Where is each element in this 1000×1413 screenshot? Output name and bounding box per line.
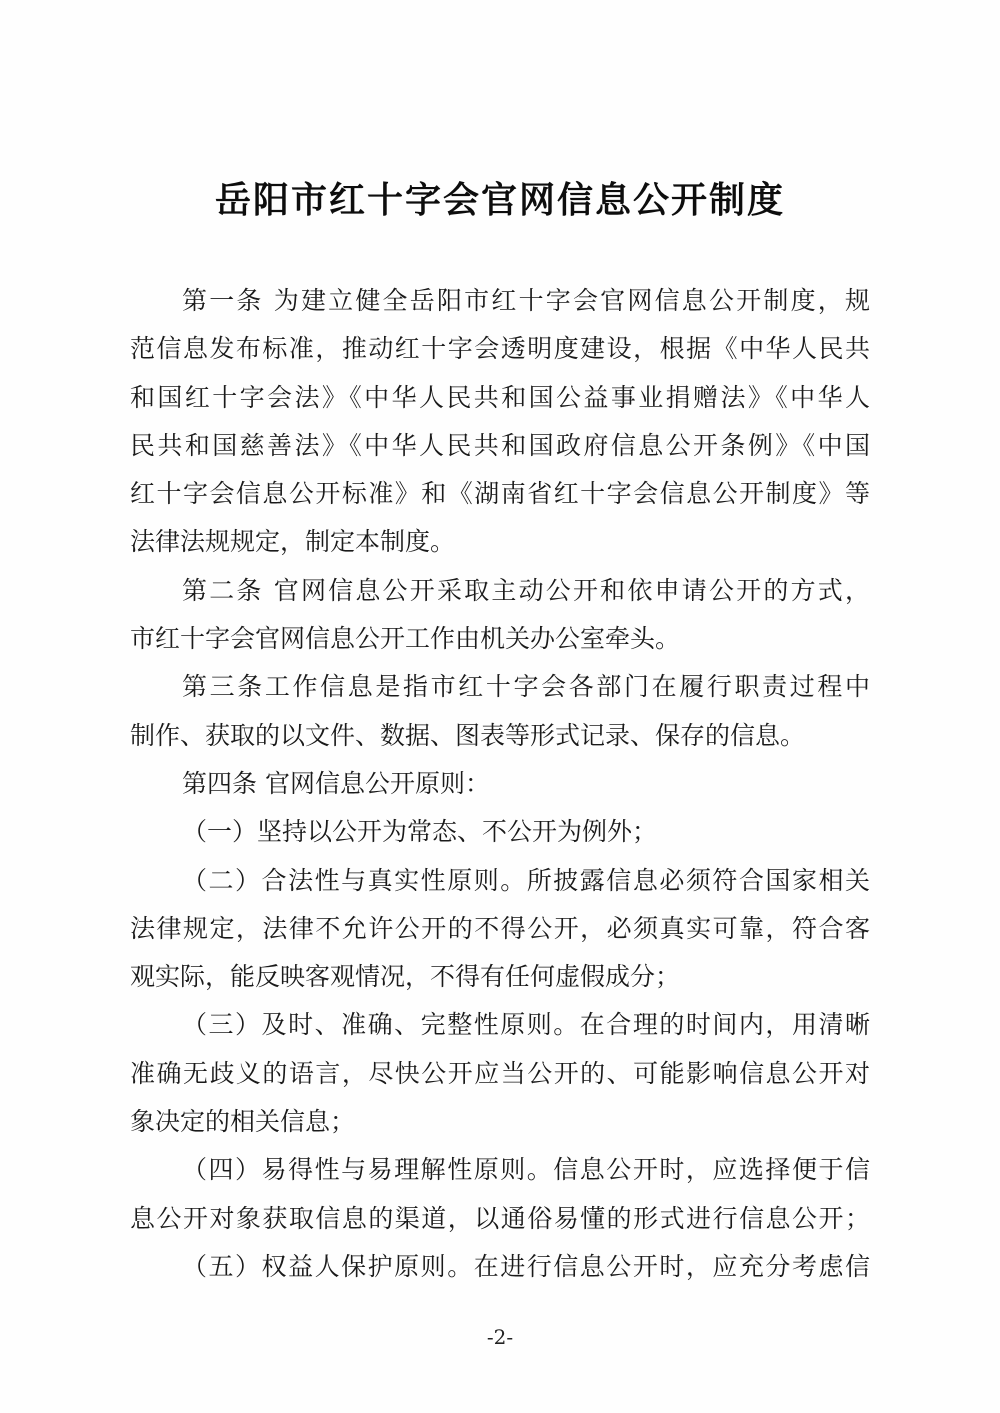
text-line: 准确无歧义的语言，尽快公开应当公开的、可能影响信息公开对	[130, 1050, 870, 1098]
text-line: （二）合法性与真实性原则。所披露信息必须符合国家相关	[130, 857, 870, 905]
text-line: 制作、获取的以文件、数据、图表等形式记录、保存的信息。	[130, 712, 870, 760]
text-line: （三）及时、准确、完整性原则。在合理的时间内，用清晰	[130, 1001, 870, 1049]
text-line: 和国红十字会法》《中华人民共和国公益事业捐赠法》《中华人	[130, 374, 870, 422]
document-page: 岳阳市红十字会官网信息公开制度 第一条 为建立健全岳阳市红十字会官网信息公开制度…	[0, 0, 1000, 1413]
text-line: 第一条 为建立健全岳阳市红十字会官网信息公开制度，规	[130, 277, 870, 325]
text-line: 市红十字会官网信息公开工作由机关办公室牵头。	[130, 615, 870, 663]
text-line: 红十字会信息公开标准》和《湖南省红十字会信息公开制度》等	[130, 470, 870, 518]
text-line: 范信息发布标准，推动红十字会透明度建设，根据《中华人民共	[130, 325, 870, 373]
text-line: （五）权益人保护原则。在进行信息公开时，应充分考虑信	[130, 1243, 870, 1291]
text-line: 观实际，能反映客观情况，不得有任何虚假成分；	[130, 953, 870, 1001]
text-line: （四）易得性与易理解性原则。信息公开时，应选择便于信	[130, 1146, 870, 1194]
text-line: （一）坚持以公开为常态、不公开为例外；	[130, 808, 870, 856]
text-line: 息公开对象获取信息的渠道，以通俗易懂的形式进行信息公开；	[130, 1195, 870, 1243]
document-title: 岳阳市红十字会官网信息公开制度	[0, 176, 1000, 226]
text-line: 民共和国慈善法》《中华人民共和国政府信息公开条例》《中国	[130, 422, 870, 470]
text-line: 法律规定，法律不允许公开的不得公开，必须真实可靠，符合客	[130, 905, 870, 953]
text-line: 第三条工作信息是指市红十字会各部门在履行职责过程中	[130, 663, 870, 711]
text-line: 第四条 官网信息公开原则：	[130, 760, 870, 808]
text-line: 象决定的相关信息；	[130, 1098, 870, 1146]
text-line: 第二条 官网信息公开采取主动公开和依申请公开的方式，	[130, 567, 870, 615]
page-number: -2-	[0, 1325, 1000, 1349]
text-line: 法律法规规定，制定本制度。	[130, 518, 870, 566]
document-body: 第一条 为建立健全岳阳市红十字会官网信息公开制度，规 范信息发布标准，推动红十字…	[130, 277, 870, 1291]
